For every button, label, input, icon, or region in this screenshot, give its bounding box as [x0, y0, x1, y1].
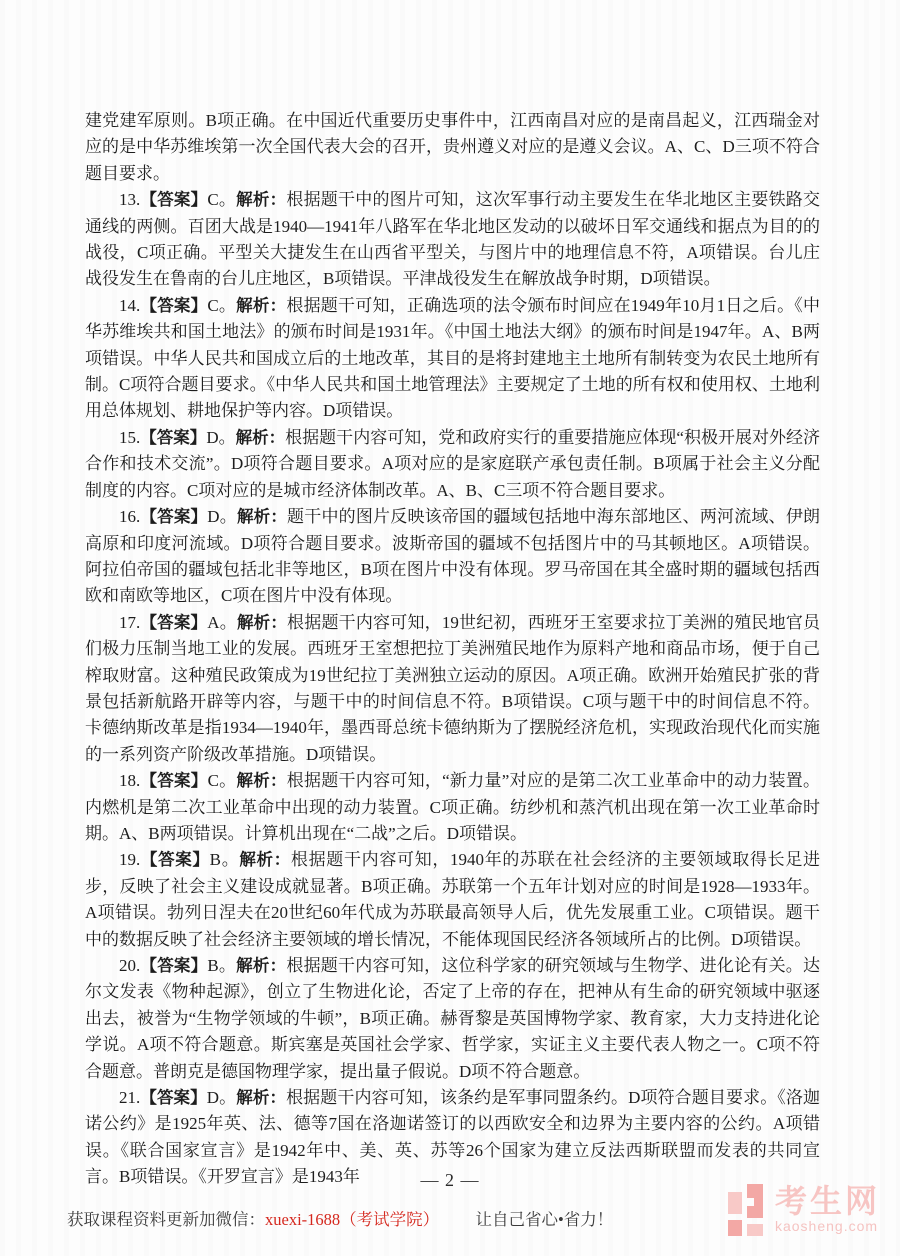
answer-items: 13.【答案】C。解析：根据题干中的图片可知，这次军事行动主要发生在华北地区主要… [85, 187, 820, 1190]
answer-item-18: 18.【答案】C。解析：根据题干内容可知，“新力量”对应的是第二次工业革命中的动… [85, 768, 820, 847]
answer-item-17: 17.【答案】A。解析：根据题干内容可知，19世纪初，西班牙王室要求拉丁美洲的殖… [85, 610, 820, 768]
paragraph-continuation: 建党建军原则。B项正确。在中国近代重要历史事件中，江西南昌对应的是南昌起义，江西… [85, 108, 820, 187]
logo-block [728, 1192, 742, 1214]
answer-item-15: 15.【答案】D。解析：根据题干内容可知，党和政府实行的重要措施应体现“积极开展… [85, 425, 820, 504]
footer-slogan: 让自己省心•省力！ [475, 1210, 613, 1229]
logo-block [747, 1224, 763, 1236]
answer-item-19: 19.【答案】B。解析：根据题干内容可知，1940年的苏联在社会经济的主要领域取… [85, 847, 820, 953]
watermark-site-name: 考生网 [775, 1184, 880, 1218]
answer-explanations: 建党建军原则。B项正确。在中国近代重要历史事件中，江西南昌对应的是南昌起义，江西… [85, 108, 820, 1191]
answer-item-14: 14.【答案】C。解析：根据题干可知，正确选项的法令颁布时间应在1949年10月… [85, 293, 820, 425]
footer-wechat-id: xuexi-1688（考试学院） [265, 1210, 439, 1229]
kaosheng-watermark: 考生网 kaosheng.com [728, 1184, 880, 1238]
logo-block [747, 1184, 763, 1218]
footer-note: 获取课程资料更新加微信：xuexi-1688（考试学院）让自己省心•省力！ [67, 1206, 613, 1230]
answer-item-16: 16.【答案】D。解析：题干中的图片反映该帝国的疆域包括地中海东部地区、两河流域… [85, 504, 820, 610]
answer-item-20: 20.【答案】B。解析：根据题干内容可知，这位科学家的研究领域与生物学、进化论有… [85, 953, 820, 1085]
footer-prefix: 获取课程资料更新加微信： [67, 1210, 265, 1229]
watermark-text: 考生网 kaosheng.com [775, 1184, 880, 1234]
kaosheng-logo-icon [728, 1184, 766, 1238]
logo-block [728, 1220, 742, 1236]
answer-item-13: 13.【答案】C。解析：根据题干中的图片可知，这次军事行动主要发生在华北地区主要… [85, 187, 820, 293]
watermark-site-domain: kaosheng.com [775, 1218, 880, 1234]
